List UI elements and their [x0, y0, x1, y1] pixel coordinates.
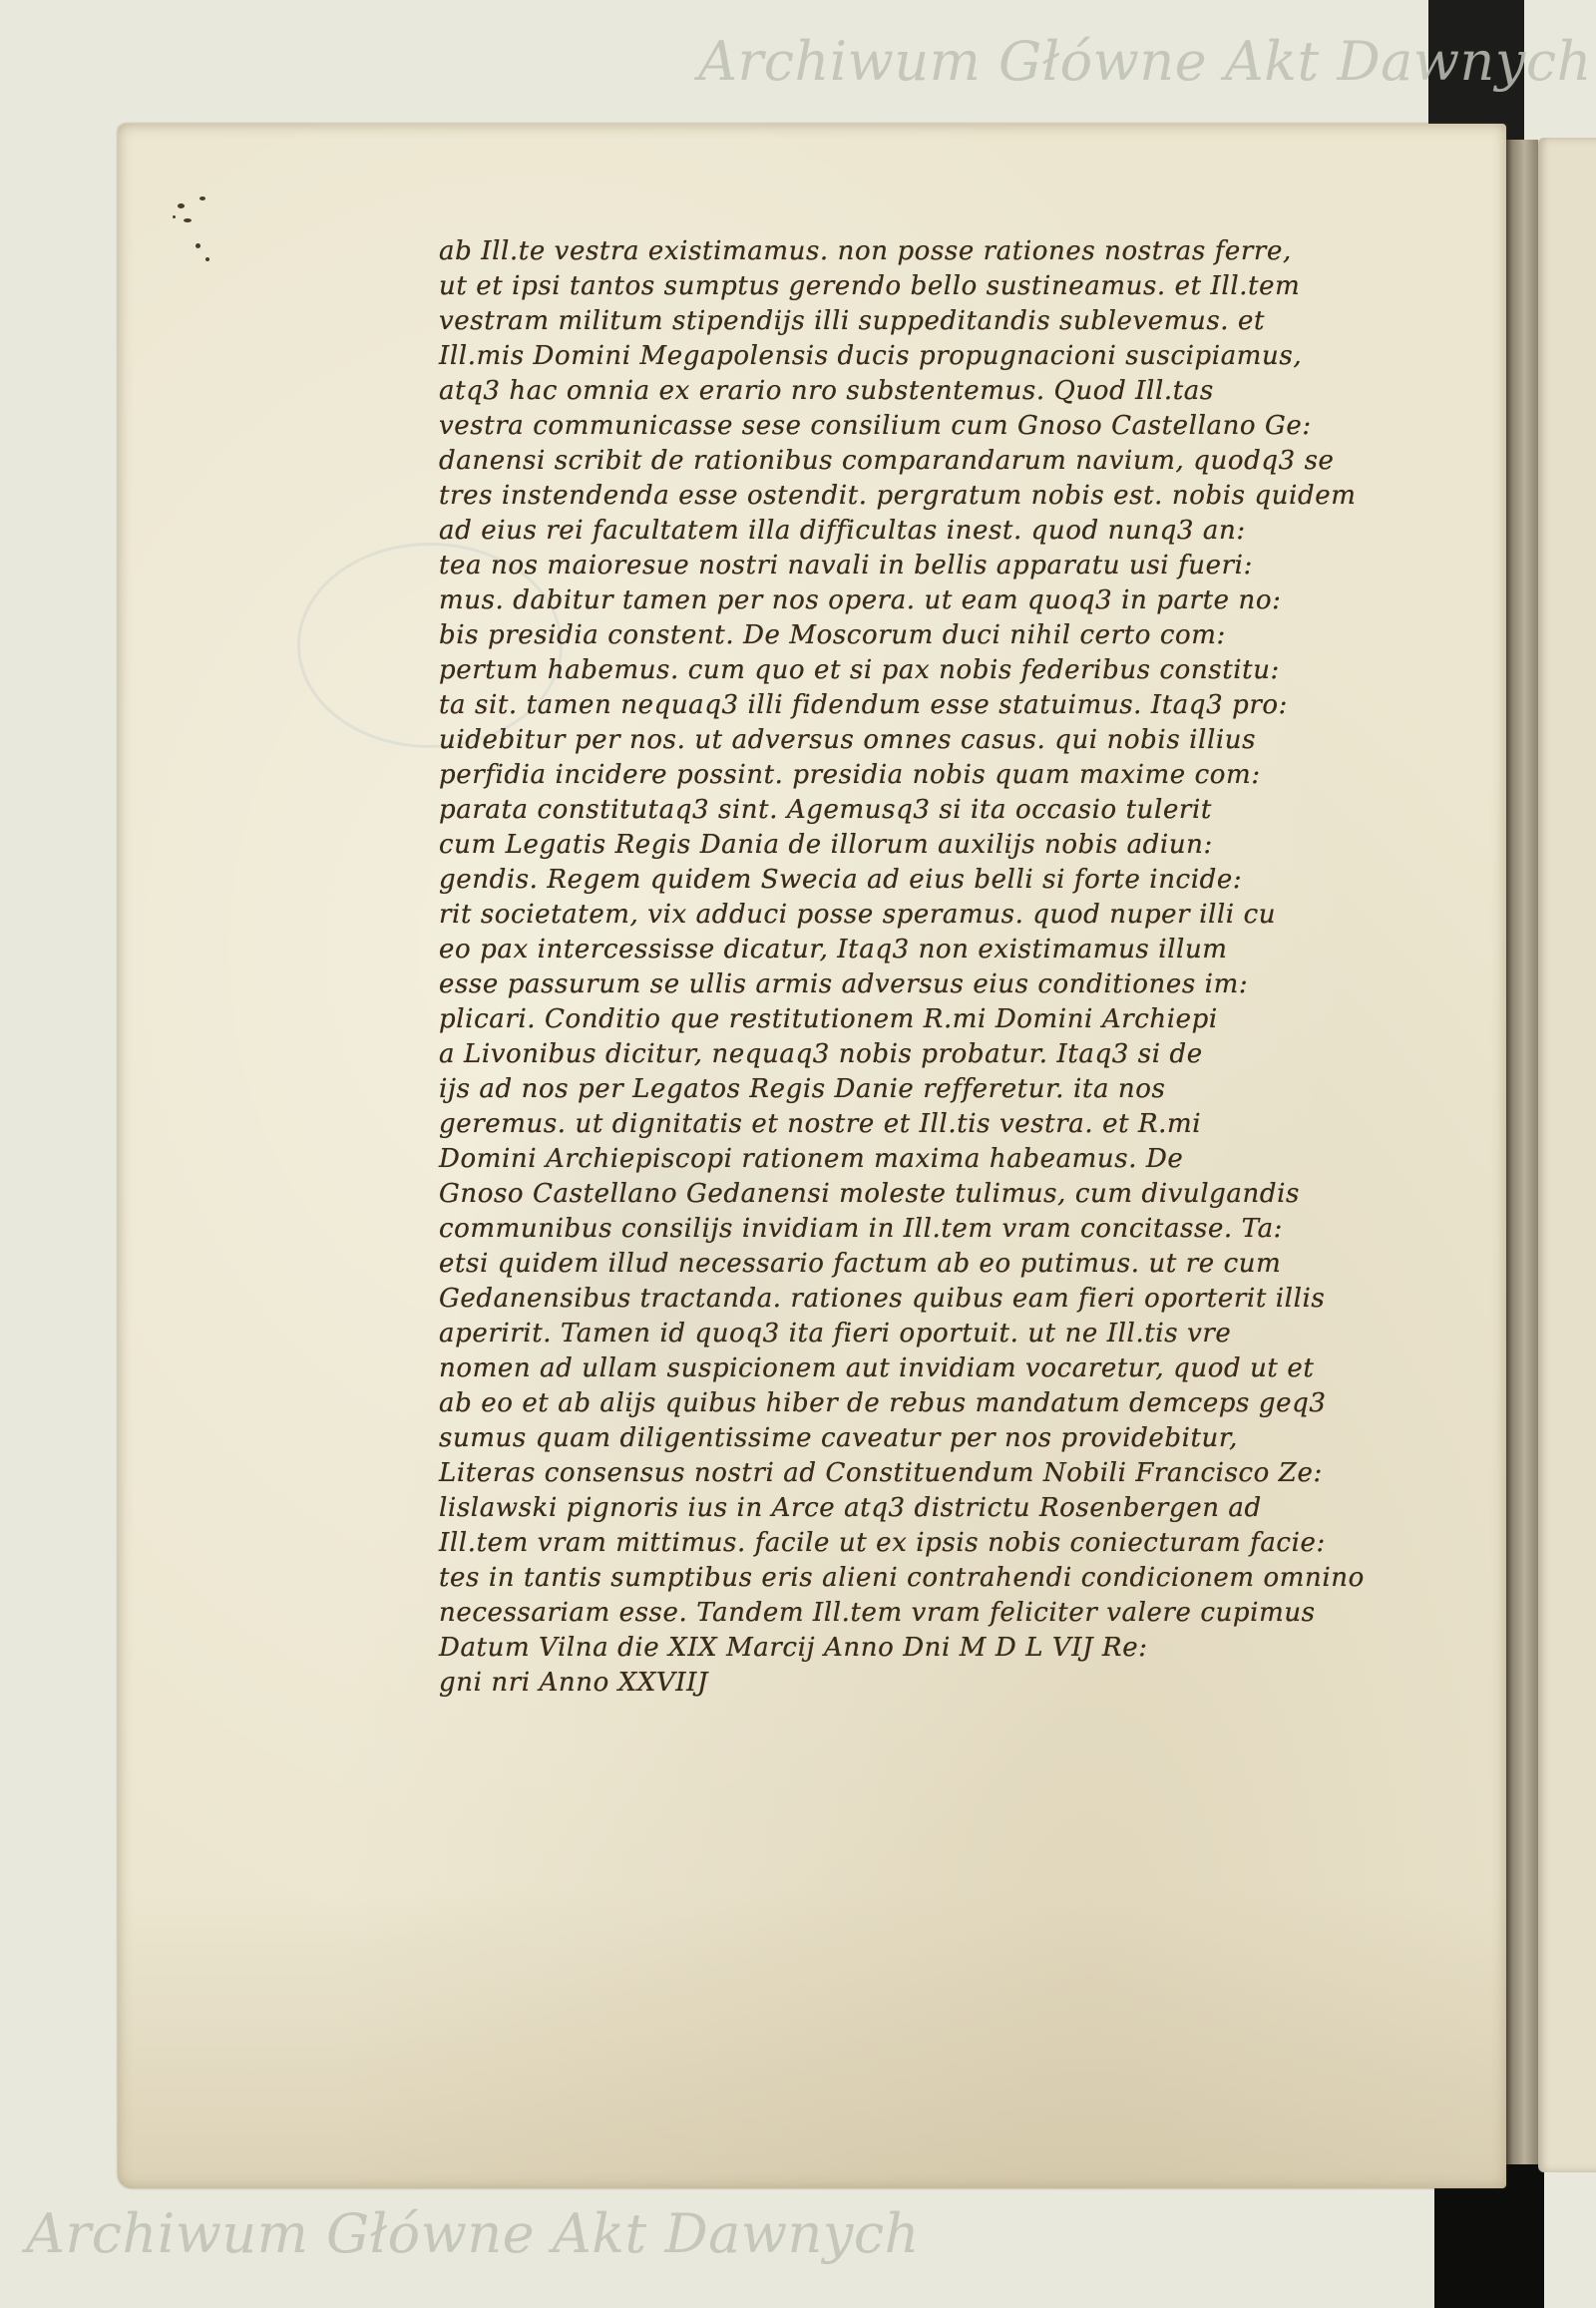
- manuscript-line: danensi scribit de rationibus comparanda…: [439, 444, 1421, 479]
- manuscript-line: Gedanensibus tractanda. rationes quibus …: [439, 1282, 1421, 1317]
- manuscript-line: esse passurum se ullis armis adversus ei…: [439, 967, 1421, 1002]
- manuscript-line: gni nri Anno XXVIIJ: [439, 1666, 1421, 1701]
- ink-speck: [184, 218, 192, 222]
- manuscript-line: uidebitur per nos. ut adversus omnes cas…: [439, 723, 1421, 758]
- manuscript-line: mus. dabitur tamen per nos opera. ut eam…: [439, 583, 1421, 618]
- page-stain: [118, 1889, 1506, 2188]
- ink-speck: [178, 203, 185, 208]
- manuscript-line: Gnoso Castellano Gedanensi moleste tulim…: [439, 1177, 1421, 1212]
- ink-speck: [205, 257, 209, 261]
- manuscript-line: pertum habemus. cum quo et si pax nobis …: [439, 653, 1421, 688]
- manuscript-line: perfidia incidere possint. presidia nobi…: [439, 758, 1421, 793]
- manuscript-line: plicari. Conditio que restitutionem R.mi…: [439, 1002, 1421, 1037]
- manuscript-line: etsi quidem illud necessario factum ab e…: [439, 1247, 1421, 1282]
- manuscript-line: nomen ad ullam suspicionem aut invidiam …: [439, 1351, 1421, 1386]
- manuscript-line: atq3 hac omnia ex erario nro substentemu…: [439, 374, 1421, 409]
- manuscript-line: Ill.mis Domini Megapolensis ducis propug…: [439, 339, 1421, 374]
- archive-watermark-bottom: Archiwum Główne Akt Dawnych: [26, 2202, 920, 2265]
- manuscript-text: ab Ill.te vestra existimamus. non posse …: [439, 234, 1421, 1701]
- manuscript-line: tes in tantis sumptibus eris alieni cont…: [439, 1561, 1421, 1596]
- manuscript-line: lislawski pignoris ius in Arce atq3 dist…: [439, 1491, 1421, 1526]
- manuscript-line: Datum Vilna die XIX Marcij Anno Dni M D …: [439, 1631, 1421, 1666]
- manuscript-line: cum Legatis Regis Dania de illorum auxil…: [439, 828, 1421, 863]
- manuscript-line: vestram militum stipendijs illi suppedit…: [439, 304, 1421, 339]
- ink-speck: [173, 215, 176, 218]
- manuscript-line: geremus. ut dignitatis et nostre et Ill.…: [439, 1107, 1421, 1142]
- manuscript-line: bis presidia constent. De Moscorum duci …: [439, 618, 1421, 653]
- book-gutter: [1504, 140, 1538, 2164]
- ink-speck: [196, 243, 200, 248]
- manuscript-line: aperirit. Tamen id quoq3 ita fieri oport…: [439, 1317, 1421, 1351]
- manuscript-line: gendis. Regem quidem Swecia ad eius bell…: [439, 863, 1421, 898]
- manuscript-line: tres instendenda esse ostendit. pergratu…: [439, 479, 1421, 514]
- manuscript-line: necessariam esse. Tandem Ill.tem vram fe…: [439, 1596, 1421, 1631]
- manuscript-line: ad eius rei facultatem illa difficultas …: [439, 514, 1421, 549]
- archive-watermark-top: Archiwum Główne Akt Dawnych: [698, 30, 1592, 93]
- manuscript-line: Domini Archiepiscopi rationem maxima hab…: [439, 1142, 1421, 1177]
- manuscript-line: ta sit. tamen nequaq3 illi fidendum esse…: [439, 688, 1421, 723]
- manuscript-line: ut et ipsi tantos sumptus gerendo bello …: [439, 269, 1421, 304]
- manuscript-line: vestra communicasse sese consilium cum G…: [439, 409, 1421, 444]
- manuscript-line: eo pax intercessisse dicatur, Itaq3 non …: [439, 933, 1421, 967]
- manuscript-line: Ill.tem vram mittimus. facile ut ex ipsi…: [439, 1526, 1421, 1561]
- manuscript-line: communibus consilijs invidiam in Ill.tem…: [439, 1212, 1421, 1247]
- manuscript-line: tea nos maioresue nostri navali in belli…: [439, 549, 1421, 583]
- manuscript-line: ab eo et ab alijs quibus hiber de rebus …: [439, 1386, 1421, 1421]
- manuscript-line: Literas consensus nostri ad Constituendu…: [439, 1456, 1421, 1491]
- manuscript-line: ijs ad nos per Legatos Regis Danie reffe…: [439, 1072, 1421, 1107]
- ink-speck: [199, 196, 205, 200]
- manuscript-line: ab Ill.te vestra existimamus. non posse …: [439, 234, 1421, 269]
- manuscript-line: parata constitutaq3 sint. Agemusq3 si it…: [439, 793, 1421, 828]
- manuscript-line: rit societatem, vix adduci posse speramu…: [439, 898, 1421, 933]
- facing-page-edge: [1538, 138, 1596, 2172]
- manuscript-line: sumus quam diligentissime caveatur per n…: [439, 1421, 1421, 1456]
- manuscript-line: a Livonibus dicitur, nequaq3 nobis proba…: [439, 1037, 1421, 1072]
